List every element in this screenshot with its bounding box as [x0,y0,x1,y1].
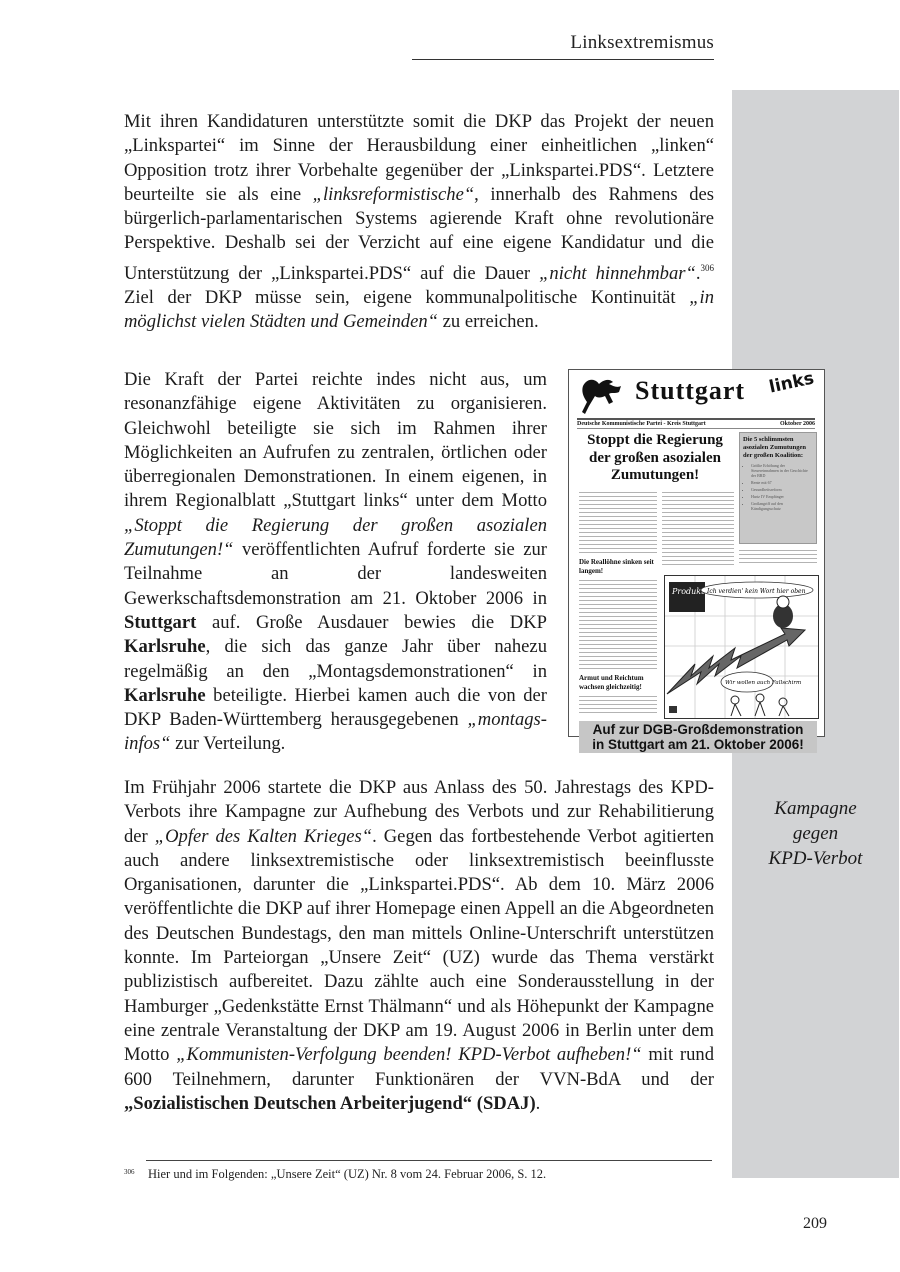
horse-logo-icon [579,376,623,416]
newspaper-figure: Stuttgart links Deutsche Kommunistische … [568,369,825,737]
box-item: Größte Erhöhung der Steuereinnahmen in d… [751,463,813,478]
box-item: Hartz IV Empfänger [751,494,813,499]
text: auf. Große Ausdauer bewies die DKP [196,612,547,633]
quote: „nicht hinnehmbar“ [539,263,696,284]
article-text-block [579,490,657,554]
text: . [536,1093,541,1114]
article-subhead: Die Reallöhne sinken seit langem! [579,558,657,576]
cartoon-arrow-icon: Produktivität Ich verdien' kein Wort hie… [665,576,818,718]
issue-date: Oktober 2006 [780,421,815,427]
quote: „Kommunisten-Verfolgung beenden! KPD-Ver… [176,1044,641,1065]
speech-bubble-2: Wir wollen auch Fallschirm [725,680,801,686]
quote: „Opfer des Kalten Krieges“ [155,826,372,847]
box-list: Größte Erhöhung der Steuereinnahmen in d… [743,463,813,511]
footnote-rule [146,1160,712,1161]
footnote-number: 306 [124,1168,148,1176]
publisher-line: Deutsche Kommunistische Partei - Kreis S… [577,421,706,427]
banner-line: in Stuttgart am 21. Oktober 2006! [579,737,817,752]
organization-name: „Sozialistischen Deutschen Arbeiterjugen… [124,1093,536,1114]
place-name: Stuttgart [124,612,196,633]
figure-headline: Stoppt die Regierung der großen asoziale… [579,432,731,485]
header-rule [412,59,714,60]
box-item: Rente mit 67 [751,480,813,485]
paragraph-1: Mit ihren Kandidaturen unterstützte somi… [124,110,714,335]
running-title: Linksextremismus [412,32,714,54]
masthead-title: Stuttgart [635,376,745,406]
footnote-text: Hier und im Folgenden: „Unsere Zeit“ (UZ… [148,1167,546,1181]
paragraph-3: Im Frühjahr 2006 startete die DKP aus An… [124,776,714,1116]
margin-note-line: gegen [732,821,899,846]
footnote-ref[interactable]: 306 [701,263,715,273]
text: zur Verteilung. [171,733,286,754]
box-title: Die 5 schlimmsten asozialen Zumutungen d… [743,436,806,459]
article-subhead: Armut und Reichtum wachsen gleichzeitig! [579,674,657,692]
margin-note-line: Kampagne [732,796,899,821]
margin-note-line: KPD-Verbot [732,846,899,871]
demonstration-banner: Auf zur DGB-Großdemonstration in Stuttga… [579,721,817,753]
box-item: Großangriff auf den Kündigungsschutz [751,501,813,511]
text: . Gegen das fortbestehende Verbot agitie… [124,826,714,1066]
masthead-links: links [767,369,815,398]
article-text-block [662,490,734,568]
quote: „linksreformistische“ [313,184,475,205]
masthead-subbar: Deutsche Kommunistische Partei - Kreis S… [577,418,815,429]
text: zu erreichen. [438,311,539,332]
place-name: Karlsruhe [124,636,206,657]
margin-note: Kampagne gegen KPD-Verbot [732,796,899,871]
article-text-block [739,548,817,566]
article-text-block [579,694,657,716]
cartoon-illustration: Produktivität Ich verdien' kein Wort hie… [664,575,819,719]
banner-line: Auf zur DGB-Großdemonstration [579,722,817,737]
footnote: 306Hier und im Folgenden: „Unsere Zeit“ … [124,1167,724,1182]
text: Die Kraft der Partei reichte indes nicht… [124,369,547,511]
article-text-block [579,578,657,672]
box-item: Gesundheitsreform [751,487,813,492]
speech-bubble-1: Ich verdien' kein Wort hier oben [706,588,806,595]
place-name: Karlsruhe [124,685,206,706]
paragraph-2: Die Kraft der Partei reichte indes nicht… [124,368,547,757]
page-number: 209 [790,1215,840,1233]
text: Ziel der DKP müsse sein, eigene kommunal… [124,287,689,308]
five-worst-box: Die 5 schlimmsten asozialen Zumutungen d… [739,432,817,544]
